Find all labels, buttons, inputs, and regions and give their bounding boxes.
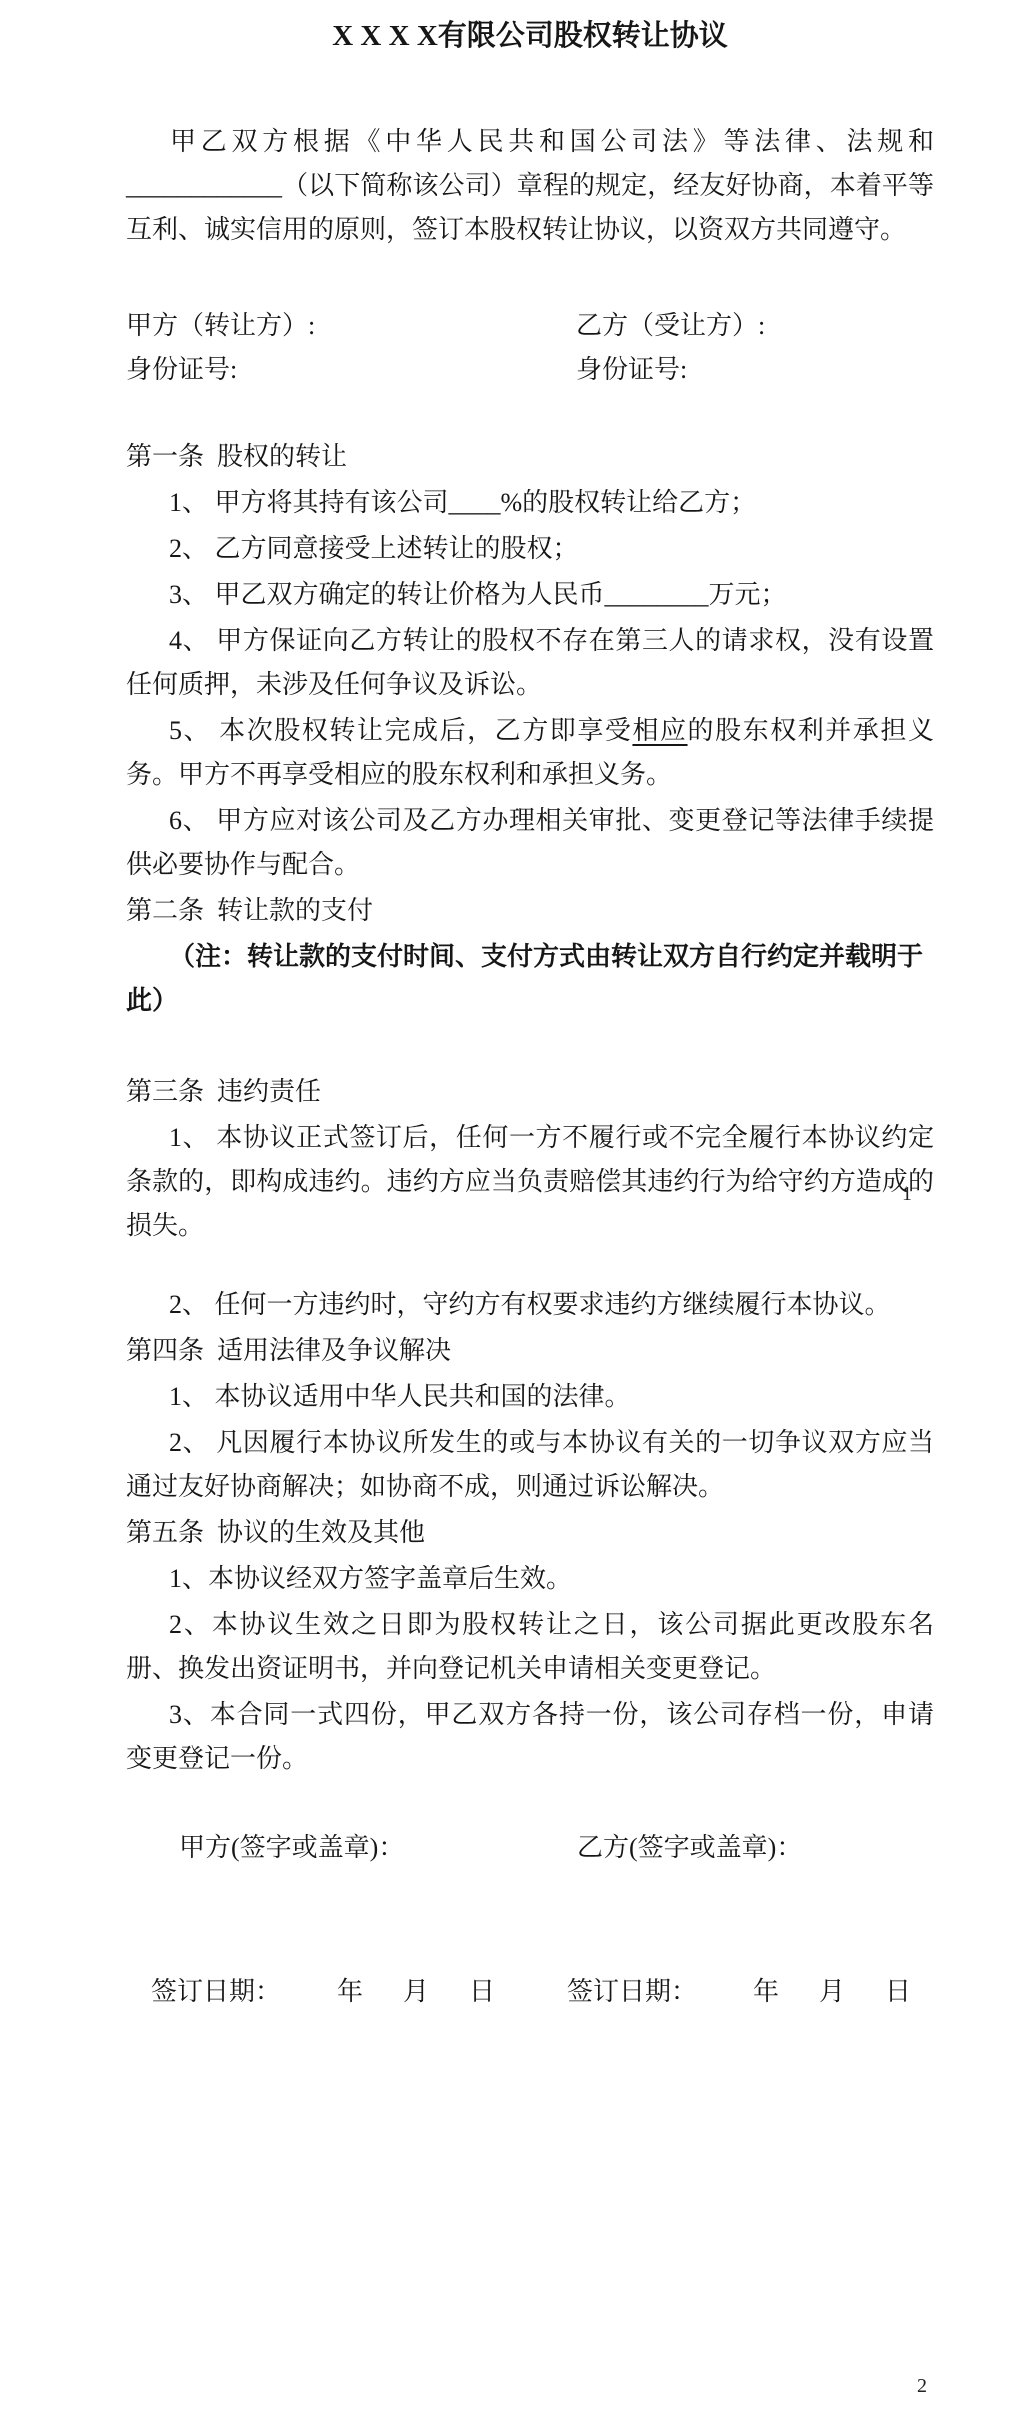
signing-date-a: 签订日期：年月日 [151, 1970, 567, 2014]
signing-date-b: 签订日期：年月日 [567, 1970, 934, 2014]
section-5-item-2: 2、本协议生效之日即为股权转让之日，该公司据此更改股东名册、换发出资证明书，并向… [126, 1603, 934, 1691]
contract-page: X X X X有限公司股权转让协议 甲乙双方根据《中华人民共和国公司法》等法律、… [0, 0, 1024, 2415]
section-title: 违约责任 [217, 1077, 321, 1106]
contract-content: X X X X有限公司股权转让协议 甲乙双方根据《中华人民共和国公司法》等法律、… [0, 14, 1024, 2014]
section-title: 协议的生效及其他 [217, 1518, 425, 1547]
year-label: 年 [753, 1977, 779, 2006]
document-title: X X X X有限公司股权转让协议 [126, 14, 934, 58]
party-b-label: 乙方（受让方）: [576, 304, 934, 348]
preamble-text: 甲乙双方根据《中华人民共和国公司法》等法律、法规和 [170, 127, 934, 156]
section-number: 第三条 [126, 1077, 204, 1106]
section-number: 第四条 [126, 1336, 204, 1365]
section-5-item-1: 1、本协议经双方签字盖章后生效。 [126, 1557, 934, 1601]
section-number: 第二条 [126, 896, 204, 925]
signing-date-row: 签订日期：年月日 签订日期：年月日 [151, 1970, 934, 2014]
parties-id-row: 身份证号: 身份证号: [126, 348, 934, 392]
month-label: 月 [403, 1977, 429, 2006]
section-2-note: （注：转让款的支付时间、支付方式由转让双方自行约定并载明于此） [126, 935, 934, 1023]
parties-row: 甲方（转让方）: 乙方（受让方）: [126, 304, 934, 348]
section-title: 转让款的支付 [217, 896, 373, 925]
page-number-1: 1 [902, 1182, 912, 1206]
section-5-heading: 第五条协议的生效及其他 [126, 1511, 934, 1555]
date-label: 签订日期： [567, 1977, 697, 2006]
section-1-item-1: 1、 甲方将其持有该公司____%的股权转让给乙方； [126, 481, 934, 525]
section-3-item-1: 1、 本协议正式签订后，任何一方不履行或不完全履行本协议约定条款的，即构成违约。… [126, 1116, 934, 1248]
section-title: 股权的转让 [217, 442, 347, 471]
section-1-item-6: 6、 甲方应对该公司及乙方办理相关审批、变更登记等法律手续提供必要协作与配合。 [126, 799, 934, 887]
party-a-signature-label: 甲方(签字或盖章)： [179, 1826, 577, 1870]
page-number-2: 2 [917, 2374, 927, 2398]
section-1-item-3: 3、 甲乙双方确定的转让价格为人民币________万元； [126, 573, 934, 617]
section-4-heading: 第四条适用法律及争议解决 [126, 1329, 934, 1373]
section-title: 适用法律及争议解决 [217, 1336, 451, 1365]
underlined-text: 相应 [632, 716, 687, 745]
preamble-paragraph: 甲乙双方根据《中华人民共和国公司法》等法律、法规和____________（以下… [126, 120, 934, 252]
section-5-item-3: 3、本合同一式四份，甲乙双方各持一份，该公司存档一份，申请变更登记一份。 [126, 1693, 934, 1781]
party-a-id-label: 身份证号: [126, 348, 576, 392]
fill-in-blank: ____________ [126, 171, 282, 200]
section-1-item-2: 2、 乙方同意接受上述转让的股权； [126, 527, 934, 571]
section-1-heading: 第一条股权的转让 [126, 435, 934, 479]
section-number: 第一条 [126, 442, 204, 471]
section-1-item-5: 5、 本次股权转让完成后，乙方即享受相应的股东权利并承担义务。甲方不再享受相应的… [126, 709, 934, 797]
section-3-heading: 第三条违约责任 [126, 1070, 934, 1114]
section-4-item-1: 1、 本协议适用中华人民共和国的法律。 [126, 1375, 934, 1419]
year-label: 年 [337, 1977, 363, 2006]
section-1-item-4: 4、 甲方保证向乙方转让的股权不存在第三人的请求权，没有设置任何质押，未涉及任何… [126, 619, 934, 707]
item-text: 5、 本次股权转让完成后，乙方即享受 [169, 716, 632, 745]
section-number: 第五条 [126, 1518, 204, 1547]
party-a-label: 甲方（转让方）: [126, 304, 576, 348]
party-b-signature-label: 乙方(签字或盖章)： [577, 1826, 934, 1870]
party-b-id-label: 身份证号: [576, 348, 934, 392]
month-label: 月 [819, 1977, 845, 2006]
day-label: 日 [469, 1977, 495, 2006]
section-3-item-2: 2、 任何一方违约时，守约方有权要求违约方继续履行本协议。 [126, 1283, 934, 1327]
section-2-heading: 第二条转让款的支付 [126, 889, 934, 933]
section-4-item-2: 2、 凡因履行本协议所发生的或与本协议有关的一切争议双方应当通过友好协商解决；如… [126, 1421, 934, 1509]
signature-row: 甲方(签字或盖章)： 乙方(签字或盖章)： [179, 1826, 934, 1870]
date-label: 签订日期： [151, 1977, 281, 2006]
day-label: 日 [885, 1977, 911, 2006]
